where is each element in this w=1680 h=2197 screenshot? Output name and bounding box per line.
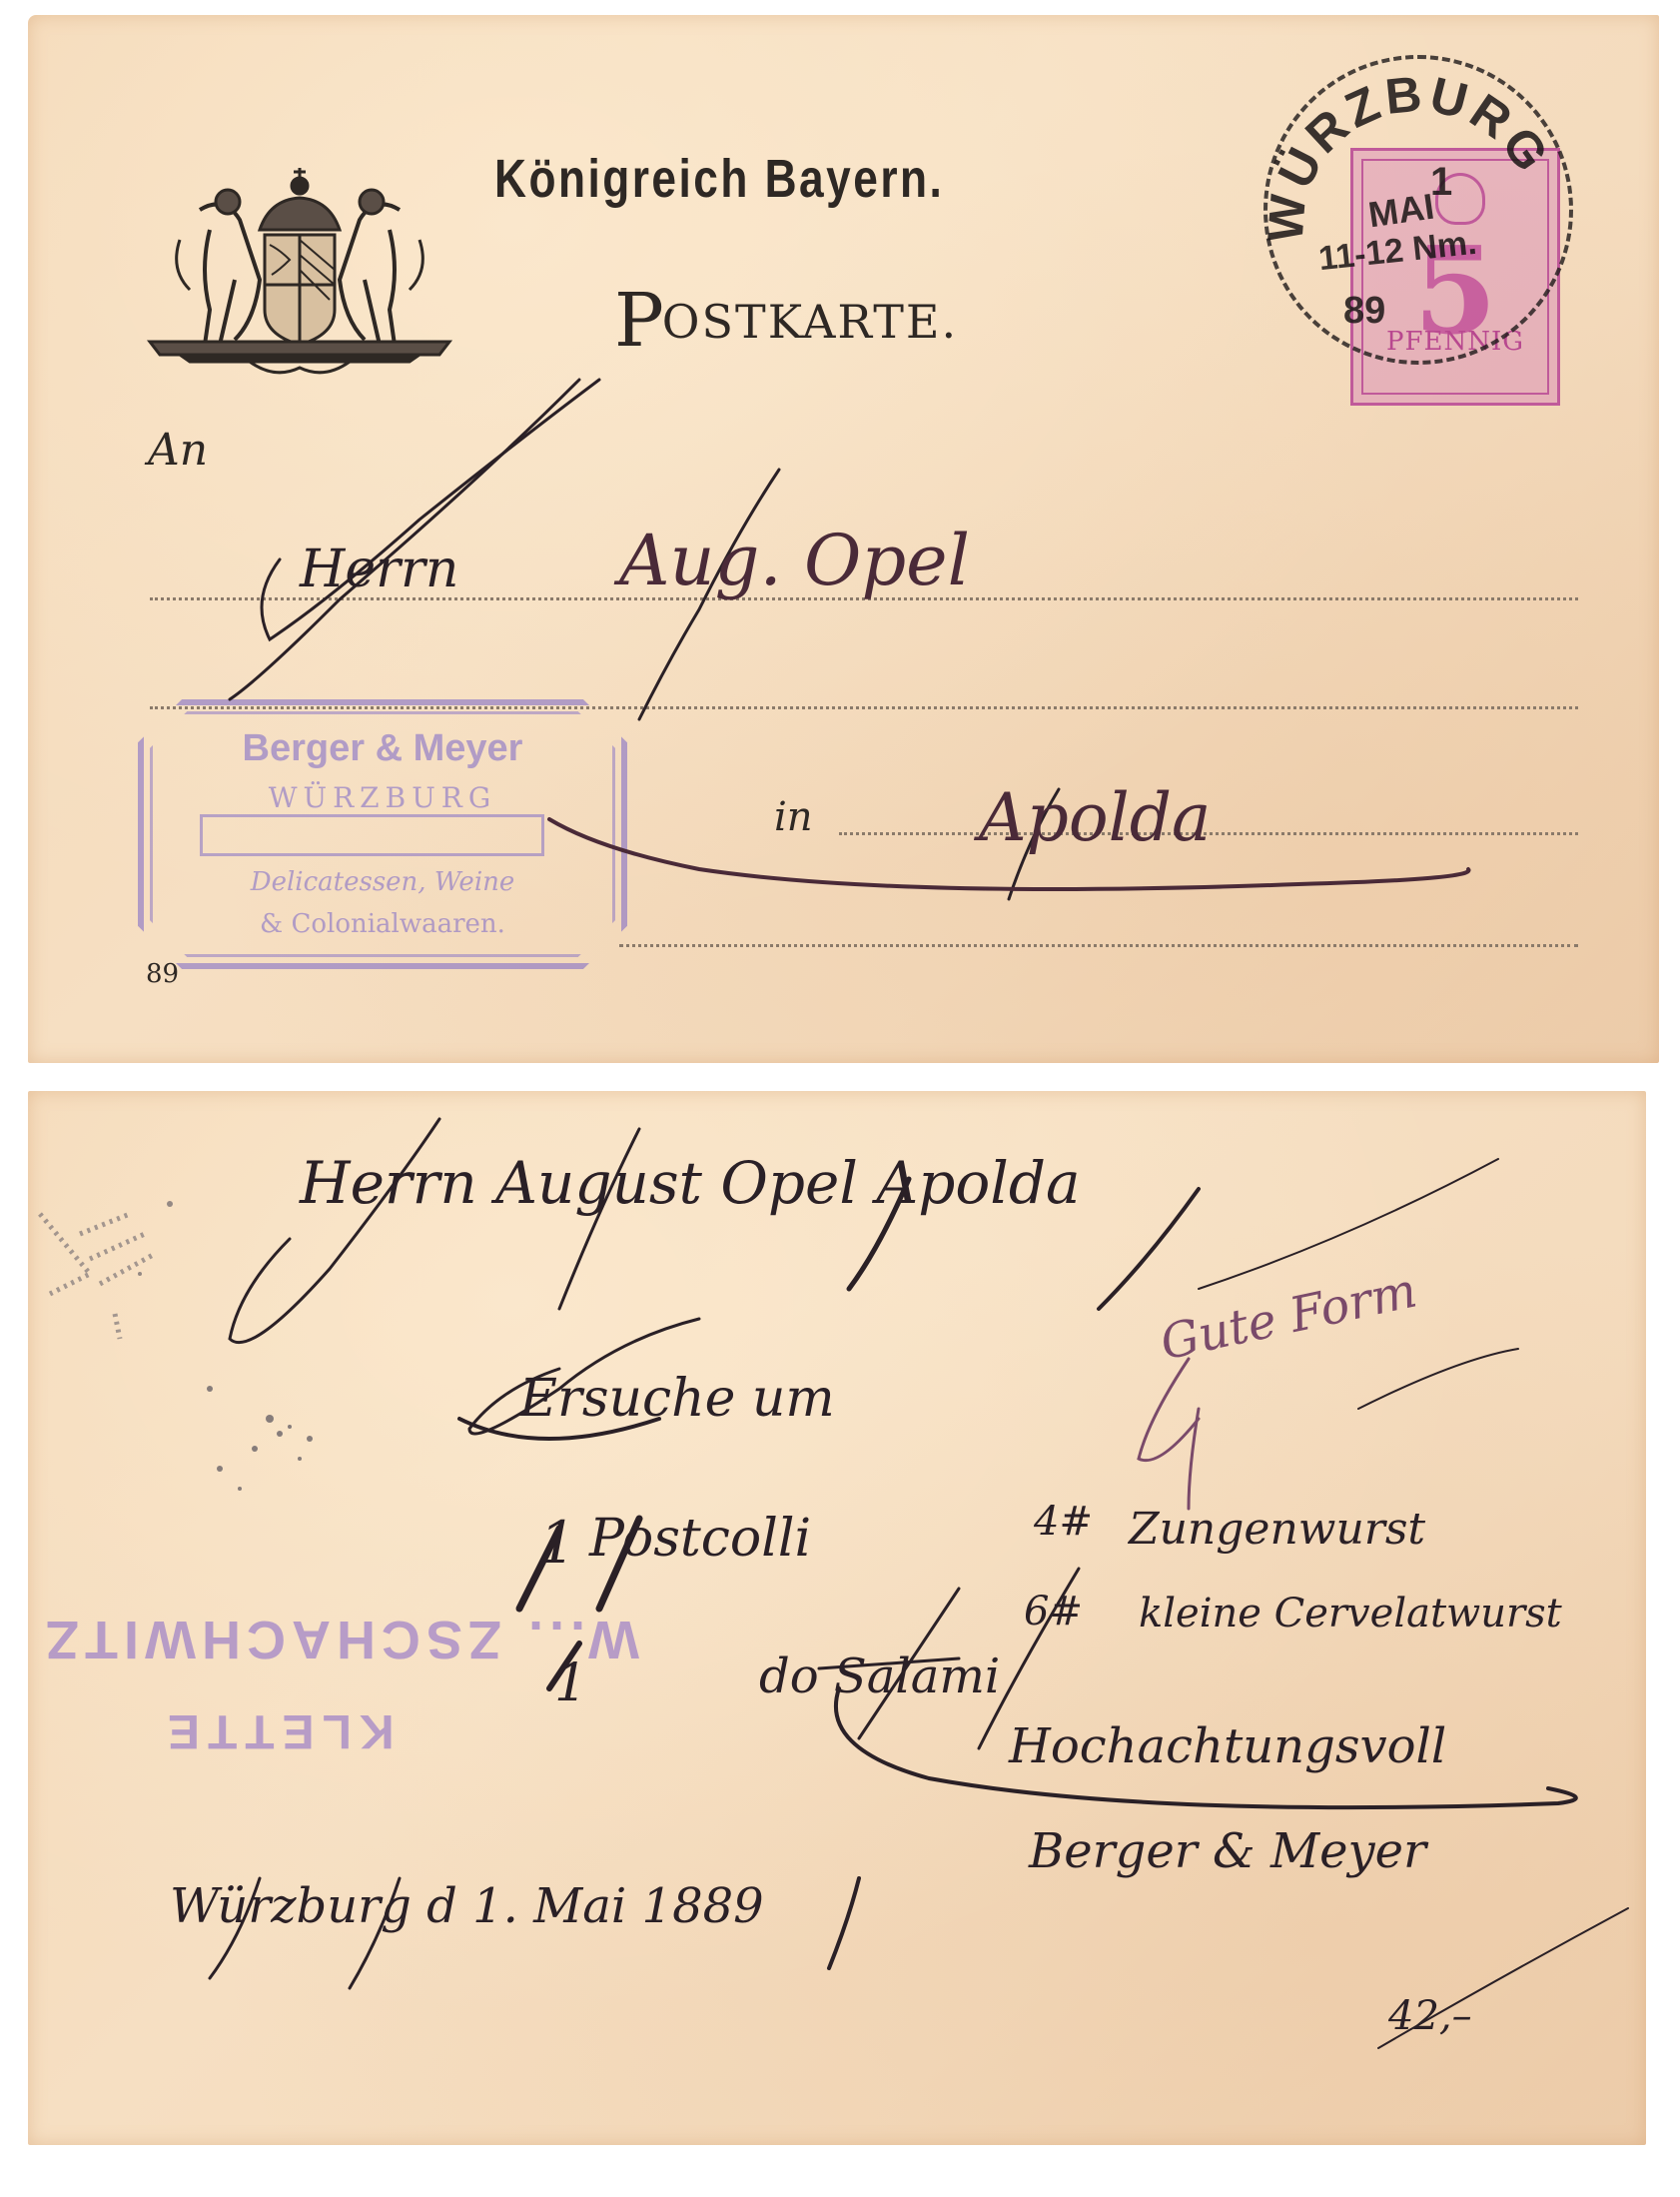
hw-place-date: Würzburg d 1. Mai 1889 — [170, 1878, 764, 1934]
hw-note: 42,– — [1388, 1993, 1472, 2039]
hw-item-4-qty: 1 — [554, 1653, 587, 1713]
hw-addressee: Aug. Opel — [619, 520, 970, 601]
hw-salutation: Herrn — [300, 540, 458, 599]
hw-item-3-text: kleine Cervelatwurst — [1139, 1591, 1562, 1637]
hw-signature: Berger & Meyer — [1029, 1823, 1426, 1879]
hw-closing: Hochachtungsvoll — [1009, 1718, 1446, 1774]
hw-item-2-qty: 4# — [1034, 1499, 1093, 1545]
hw-back-address-line: Herrn August Opel Apolda — [300, 1149, 1081, 1217]
hw-item-2-text: Zungenwurst — [1129, 1504, 1425, 1555]
hw-greeting: Ersuche um — [519, 1369, 835, 1429]
hw-item-4-text: do Salami — [759, 1648, 1000, 1704]
hw-destination: Apolda — [979, 779, 1211, 856]
hw-item-1-text: Postcolli — [589, 1509, 811, 1569]
hw-item-1-qty: 1 — [539, 1509, 576, 1577]
hw-item-3-qty: 6# — [1024, 1589, 1083, 1635]
